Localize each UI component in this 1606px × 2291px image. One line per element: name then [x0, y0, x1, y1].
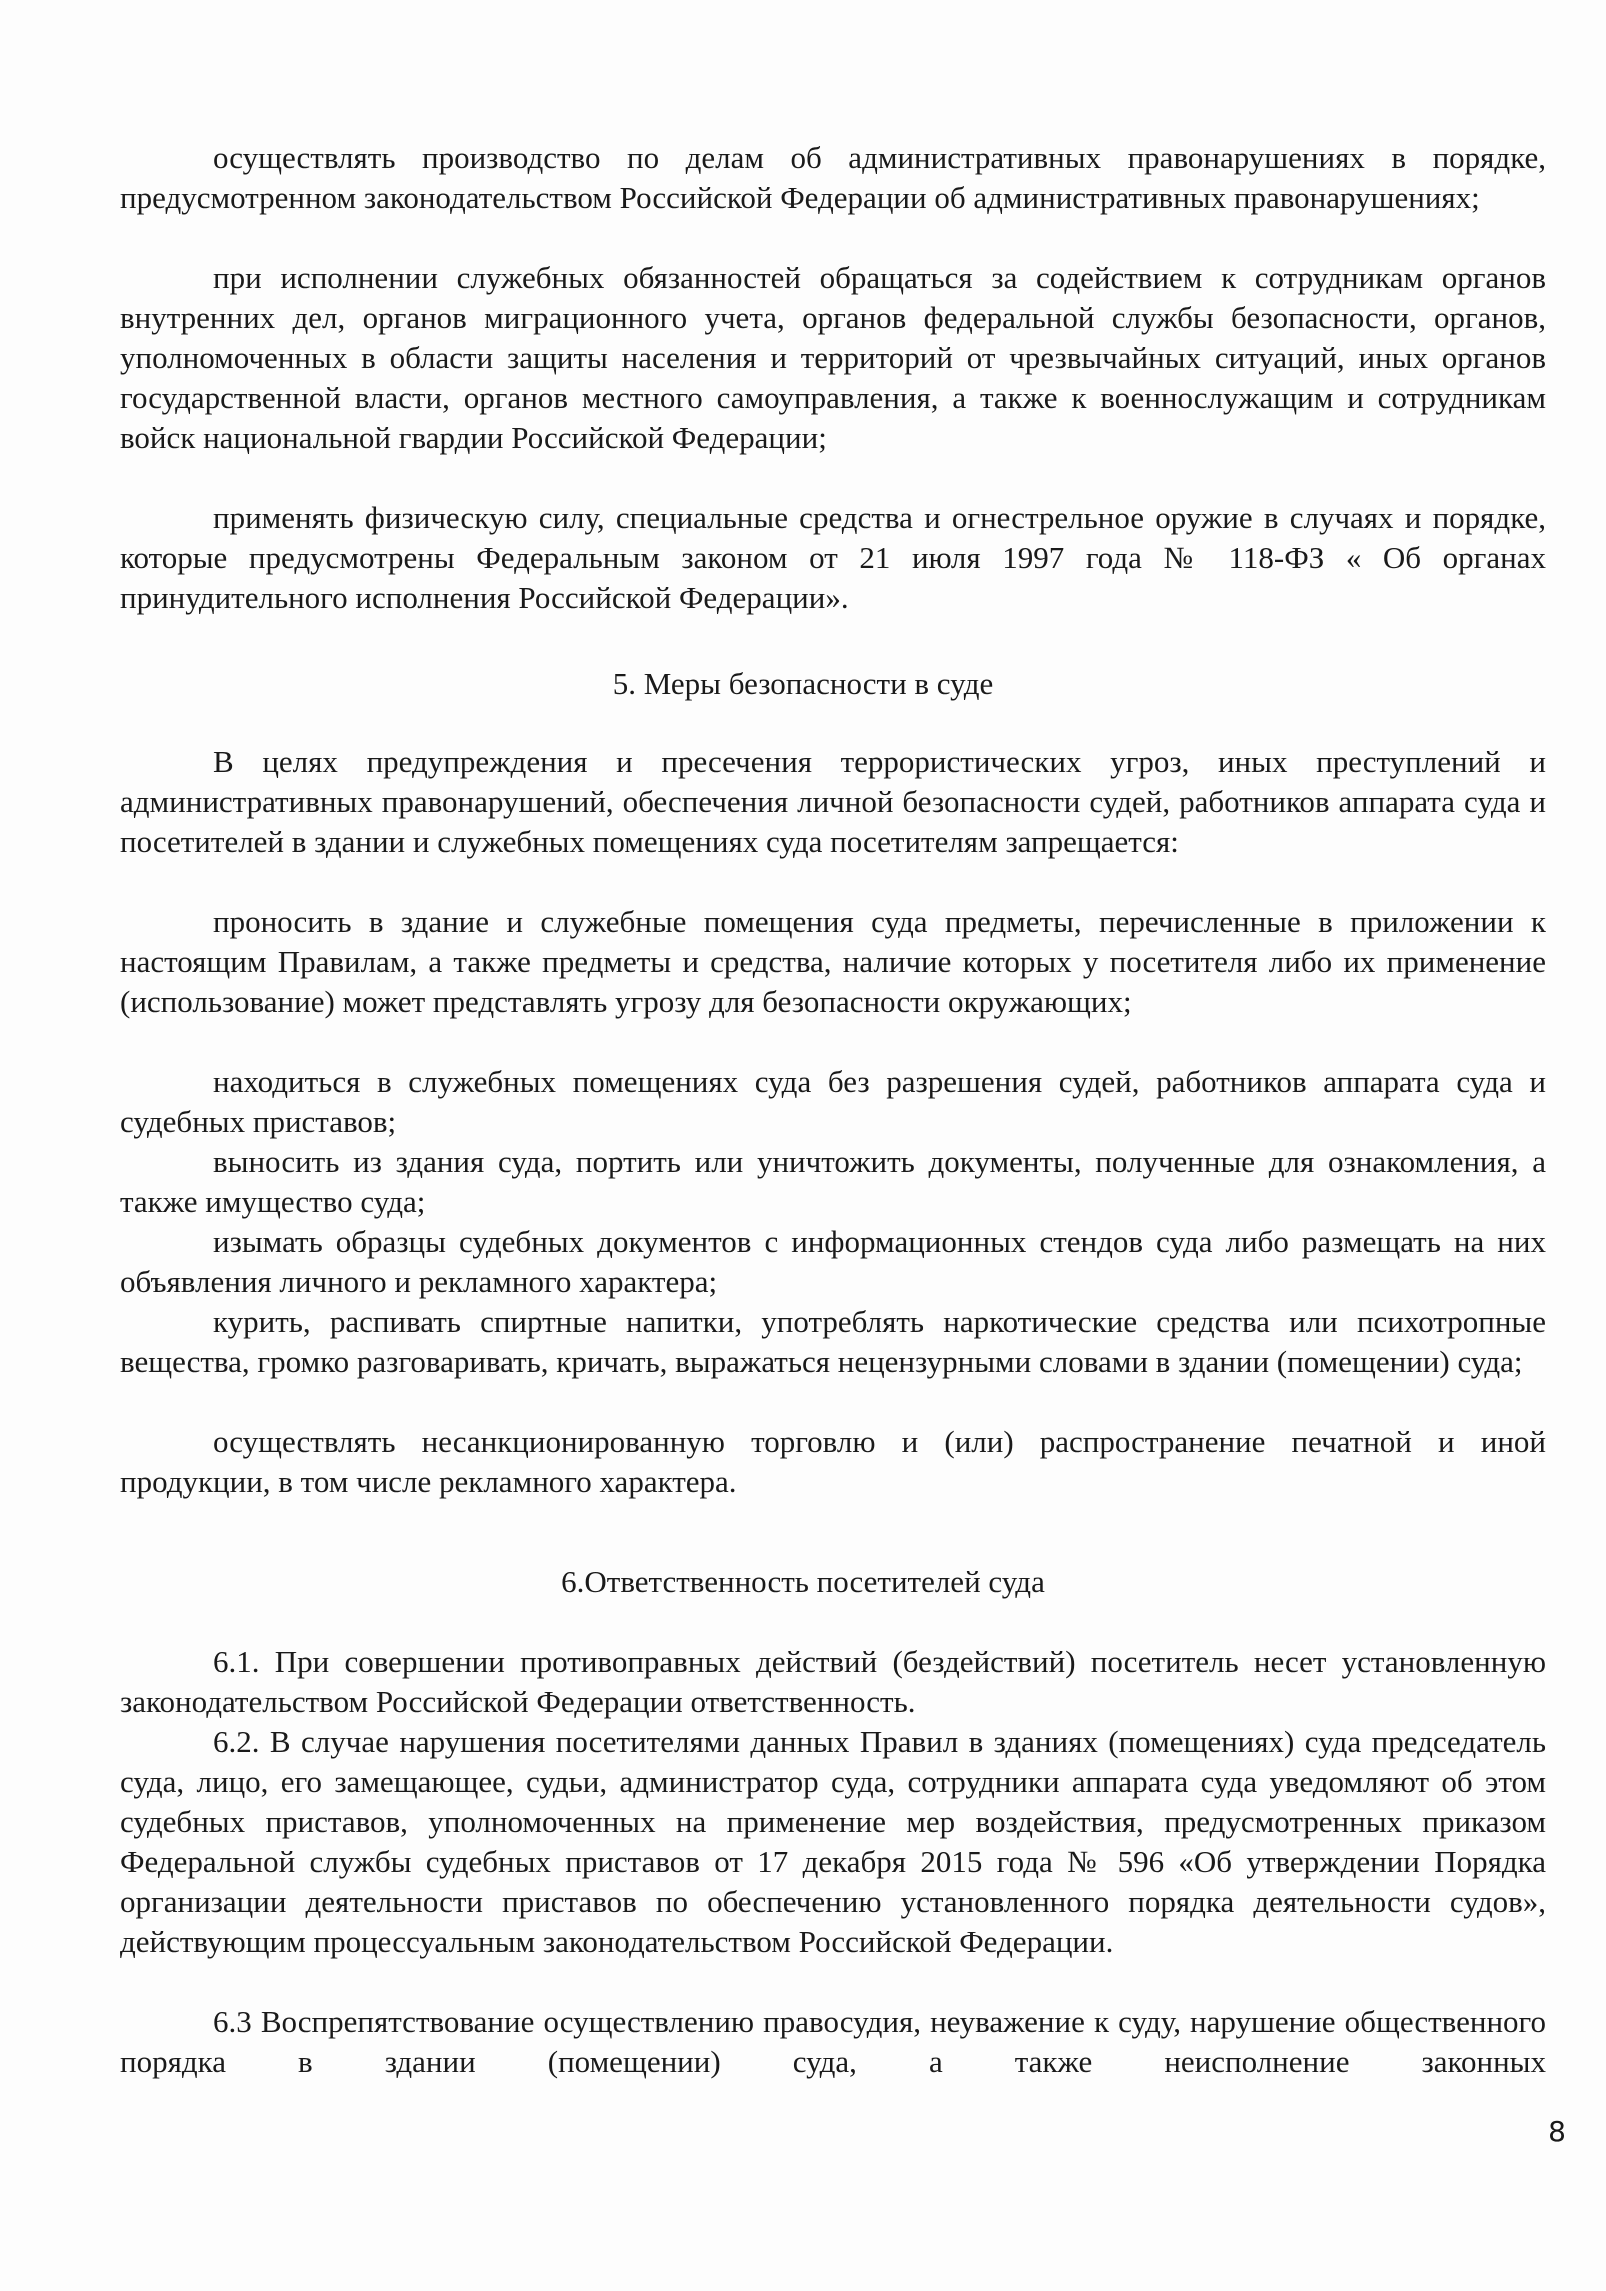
section-6-heading: 6.Ответственность посетителей суда	[0, 1562, 1606, 1602]
section-5-intro: В целях предупреждения и пресечения терр…	[120, 742, 1546, 862]
clause-6-2: 6.2. В случае нарушения посетителями дан…	[120, 1722, 1546, 1962]
prohibition-premises: находиться в служебных помещениях суда б…	[120, 1062, 1546, 1142]
prohibition-items: проносить в здание и служебные помещения…	[120, 902, 1546, 1022]
section-5-heading: 5. Меры безопасности в суде	[0, 664, 1606, 704]
clause-6-1: 6.1. При совершении противоправных дейст…	[120, 1642, 1546, 1722]
prohibition-documents: выносить из здания суда, портить или уни…	[120, 1142, 1546, 1222]
page-number: 8	[1530, 2112, 1566, 2152]
document-page: осуществлять производство по делам об ад…	[0, 0, 1606, 2291]
paragraph-force: применять физическую силу, специальные с…	[120, 498, 1546, 618]
clause-6-3: 6.3 Воспрепятствование осуществлению пра…	[120, 2002, 1546, 2082]
paragraph-proceedings: осуществлять производство по делам об ад…	[120, 138, 1546, 218]
prohibition-trade: осуществлять несанкционированную торговл…	[120, 1422, 1546, 1502]
prohibition-behavior: курить, распивать спиртные напитки, упот…	[120, 1302, 1546, 1382]
paragraph-assistance: при исполнении служебных обязанностей об…	[120, 258, 1546, 458]
prohibition-stands: изымать образцы судебных документов с ин…	[120, 1222, 1546, 1302]
